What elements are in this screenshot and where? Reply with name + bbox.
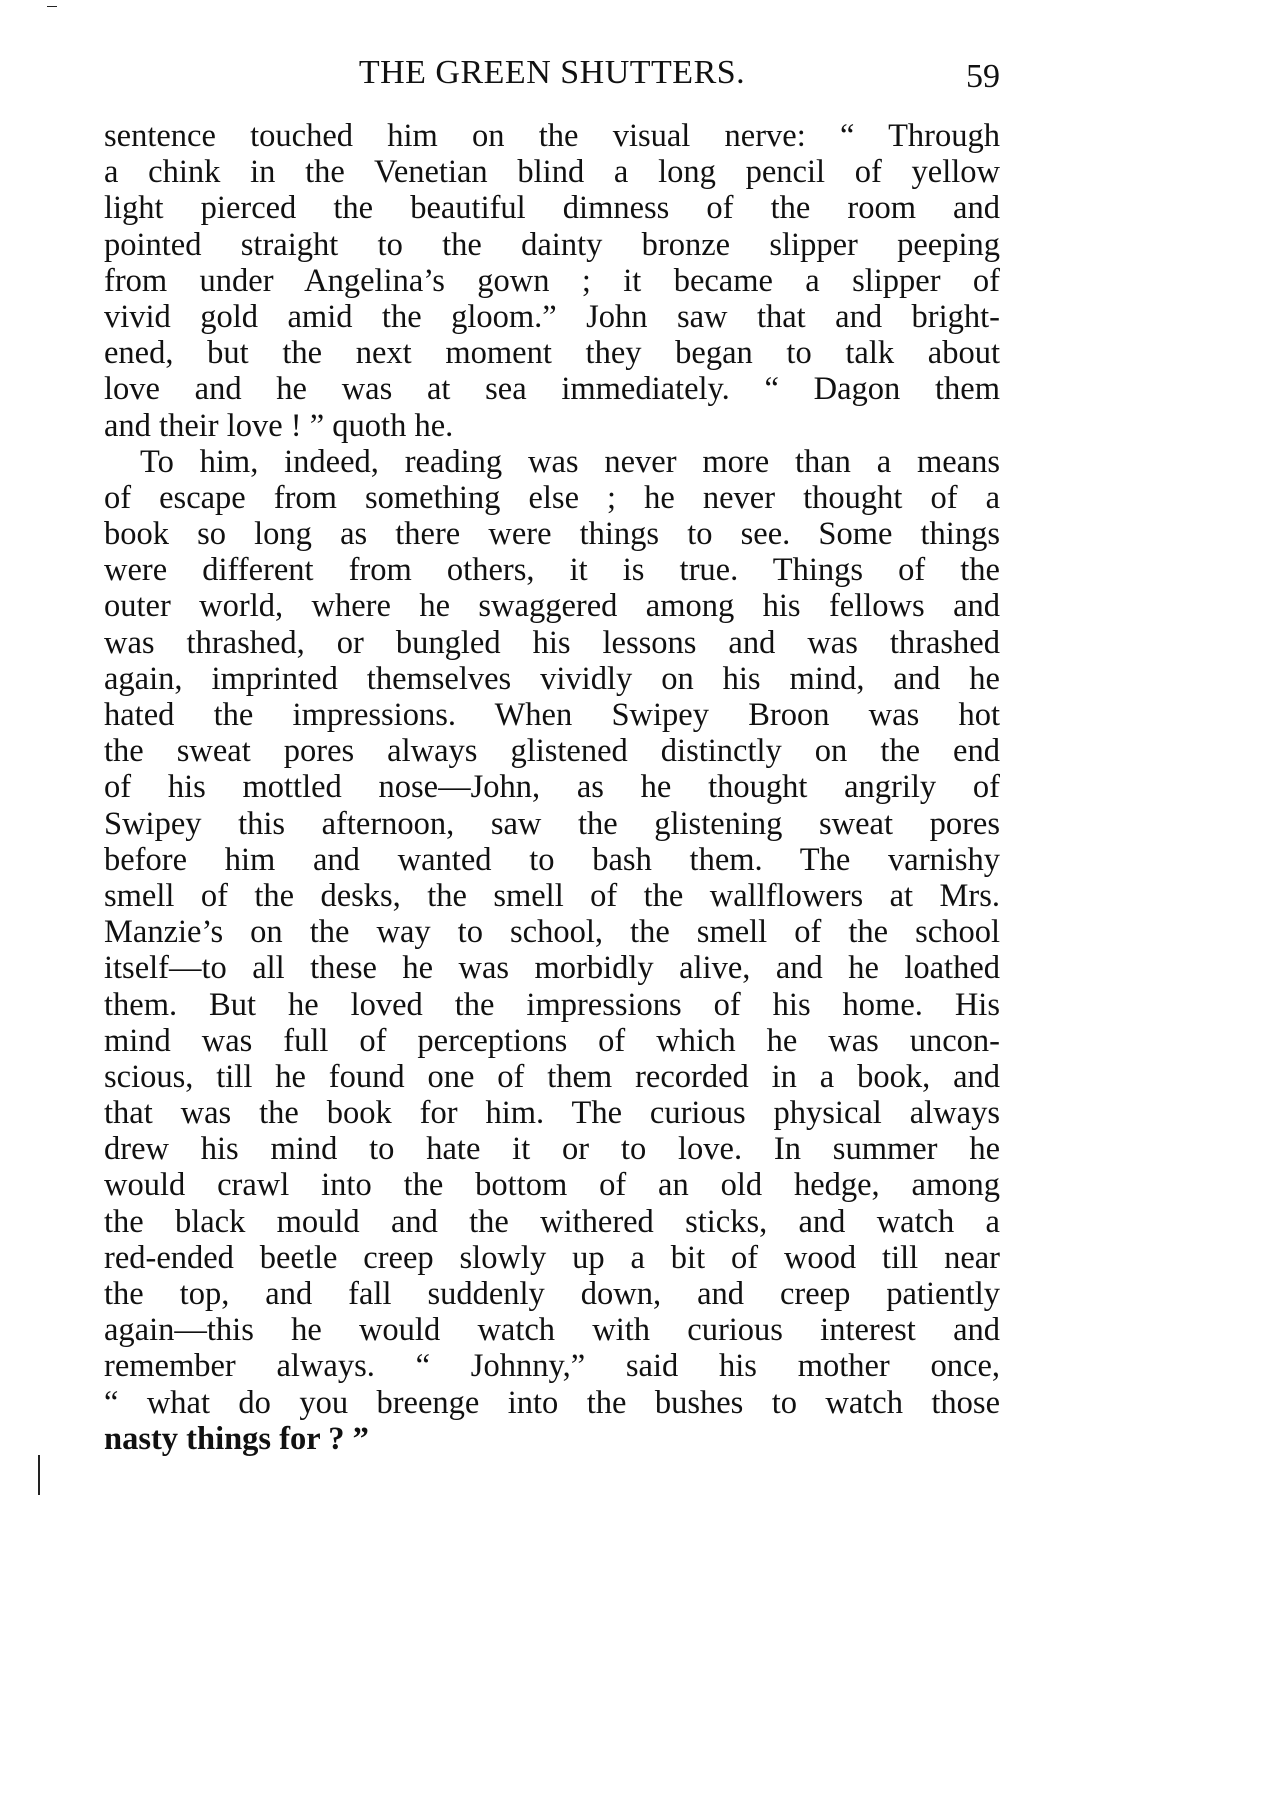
text-line: sentence touched him on the visual nerve…	[104, 118, 1000, 154]
text-line: ened, but the next moment they began to …	[104, 335, 1000, 371]
text-line: outer world, where he swaggered among hi…	[104, 588, 1000, 624]
text-line: scious, till he found one of them record…	[104, 1059, 1000, 1095]
text-line: Swipey this afternoon, saw the glistenin…	[104, 806, 1000, 842]
scan-mark	[47, 6, 57, 7]
text-line: love and he was at sea immediately. “ Da…	[104, 371, 1000, 407]
book-page: THE GREEN SHUTTERS. 59 sentence touched …	[0, 0, 1264, 1794]
running-head: THE GREEN SHUTTERS. 59	[104, 48, 1000, 98]
text-line: again—this he would watch with curious i…	[104, 1312, 1000, 1348]
text-line: again, imprinted themselves vividly on h…	[104, 661, 1000, 697]
text-line: the top, and fall suddenly down, and cre…	[104, 1276, 1000, 1312]
text-line: of his mottled nose—John, as he thought …	[104, 769, 1000, 805]
text-line: To him, indeed, reading was never more t…	[104, 444, 1000, 480]
text-line: before him and wanted to bash them. The …	[104, 842, 1000, 878]
text-line: were different from others, it is true. …	[104, 552, 1000, 588]
text-line: red-ended beetle creep slowly up a bit o…	[104, 1240, 1000, 1276]
text-line: that was the book for him. The curious p…	[104, 1095, 1000, 1131]
text-line: Manzie’s on the way to school, the smell…	[104, 914, 1000, 950]
text-line: hated the impressions. When Swipey Broon…	[104, 697, 1000, 733]
text-line: mind was full of perceptions of which he…	[104, 1023, 1000, 1059]
text-line: smell of the desks, the smell of the wal…	[104, 878, 1000, 914]
text-line: would crawl into the bottom of an old he…	[104, 1167, 1000, 1203]
text-line: the sweat pores always glistened distinc…	[104, 733, 1000, 769]
text-line: itself—to all these he was morbidly aliv…	[104, 950, 1000, 986]
text-line: from under Angelina’s gown ; it became a…	[104, 263, 1000, 299]
body-text: sentence touched him on the visual nerve…	[104, 118, 1000, 1457]
text-line: a chink in the Venetian blind a long pen…	[104, 154, 1000, 190]
text-line: book so long as there were things to see…	[104, 516, 1000, 552]
text-line: the black mould and the withered sticks,…	[104, 1204, 1000, 1240]
text-line: “ what do you breenge into the bushes to…	[104, 1385, 1000, 1421]
text-line: vivid gold amid the gloom.” John saw tha…	[104, 299, 1000, 335]
text-line: was thrashed, or bungled his lessons and…	[104, 625, 1000, 661]
text-line: them. But he loved the impressions of hi…	[104, 987, 1000, 1023]
text-line: drew his mind to hate it or to love. In …	[104, 1131, 1000, 1167]
text-line: and their love ! ” quoth he.	[104, 408, 1000, 444]
scan-mark	[38, 1455, 40, 1495]
running-title: THE GREEN SHUTTERS.	[104, 48, 1000, 98]
text-line: remember always. “ Johnny,” said his mot…	[104, 1348, 1000, 1384]
text-line: pointed straight to the dainty bronze sl…	[104, 227, 1000, 263]
text-line: light pierced the beautiful dimness of t…	[104, 190, 1000, 226]
text-line: of escape from something else ; he never…	[104, 480, 1000, 516]
text-line: nasty things for ? ”	[104, 1421, 1000, 1457]
page-number: 59	[966, 52, 1000, 102]
